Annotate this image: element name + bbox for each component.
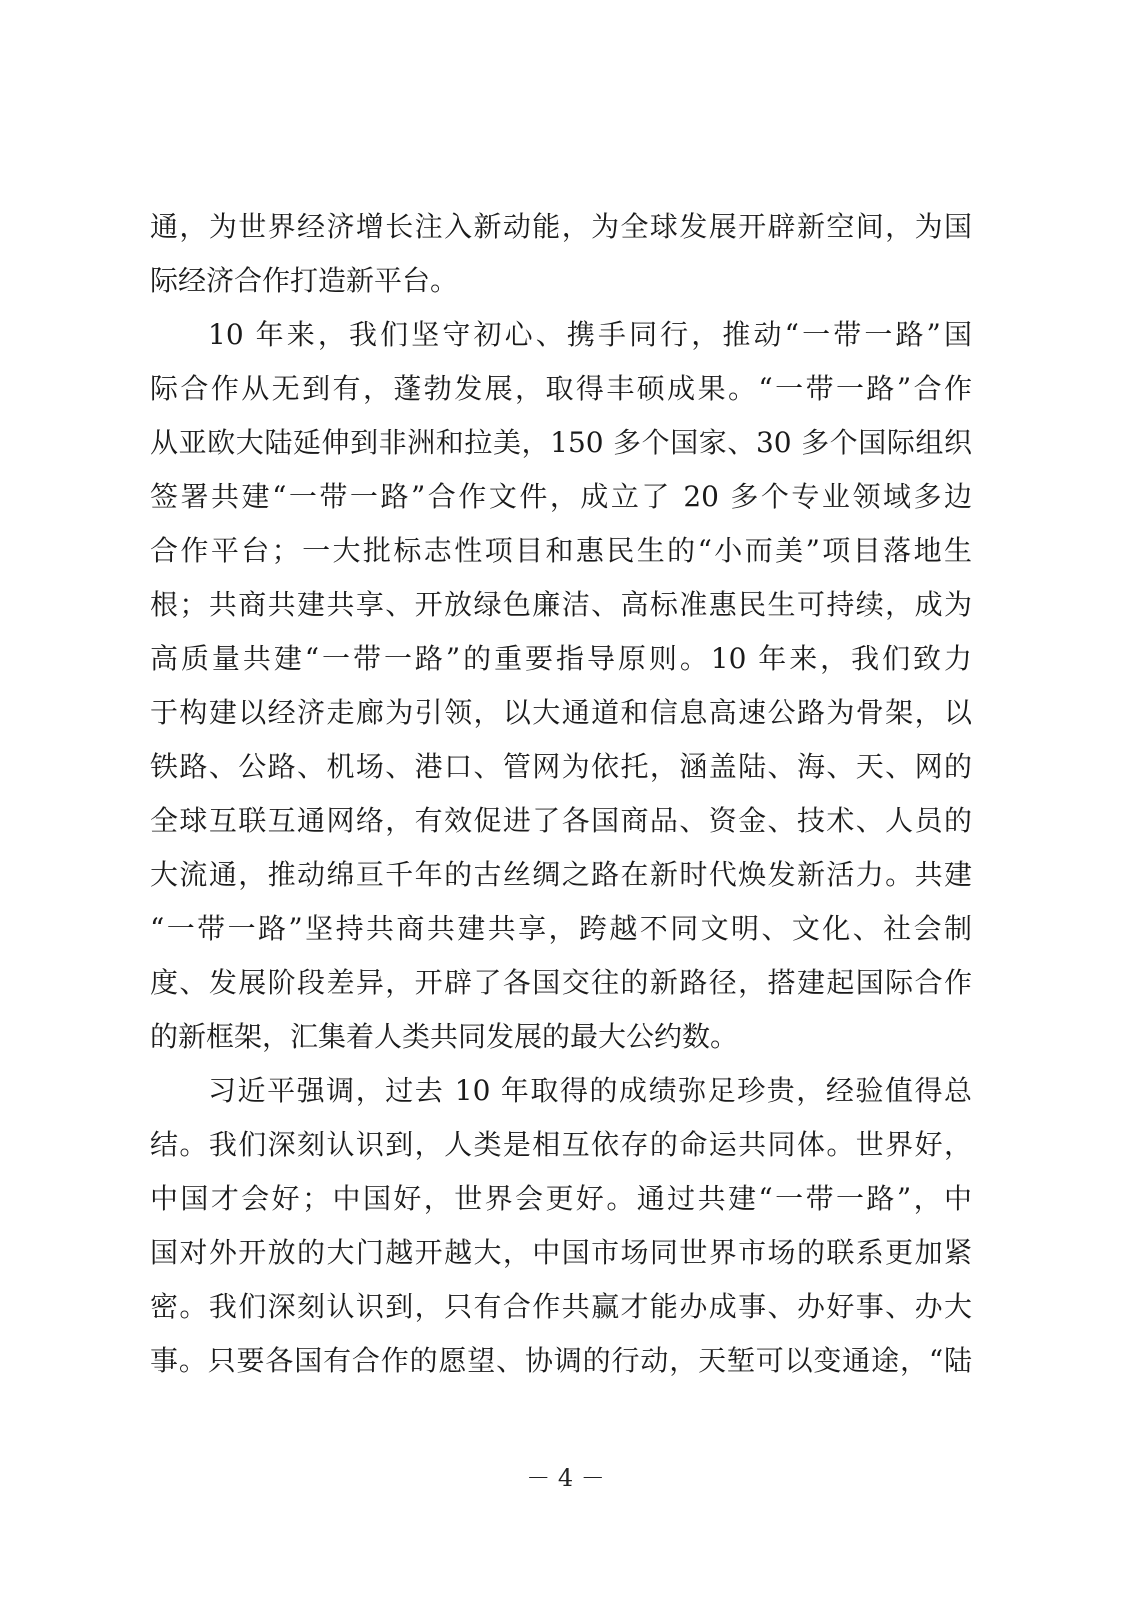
body-text: 通，为世界经济增长注入新动能，为全球发展开辟新空间，为国 际经济合作打造新平台。… bbox=[150, 200, 972, 1388]
text-line: 签署共建“一带一路”合作文件，成立了 20 多个专业领域多边 bbox=[150, 470, 972, 524]
text-line: 根；共商共建共享、开放绿色廉洁、高标准惠民生可持续，成为 bbox=[150, 578, 972, 632]
text-line: 全球互联互通网络，有效促进了各国商品、资金、技术、人员的 bbox=[150, 794, 972, 848]
document-page: 通，为世界经济增长注入新动能，为全球发展开辟新空间，为国 际经济合作打造新平台。… bbox=[0, 0, 1131, 1600]
text-line: 际经济合作打造新平台。 bbox=[150, 254, 972, 308]
paragraph: 通，为世界经济增长注入新动能，为全球发展开辟新空间，为国 际经济合作打造新平台。 bbox=[150, 200, 972, 308]
text-line: 合作平台；一大批标志性项目和惠民生的“小而美”项目落地生 bbox=[150, 524, 972, 578]
page-number: － 4 － bbox=[0, 1462, 1131, 1494]
text-line: 高质量共建“一带一路”的重要指导原则。10 年来，我们致力 bbox=[150, 632, 972, 686]
text-line: 度、发展阶段差异，开辟了各国交往的新路径，搭建起国际合作 bbox=[150, 956, 972, 1010]
text-line: 中国才会好；中国好，世界会更好。通过共建“一带一路”，中 bbox=[150, 1172, 972, 1226]
text-line: 铁路、公路、机场、港口、管网为依托，涵盖陆、海、天、网的 bbox=[150, 740, 972, 794]
text-line: 从亚欧大陆延伸到非洲和拉美，150 多个国家、30 多个国际组织 bbox=[150, 416, 972, 470]
text-line: 国对外开放的大门越开越大，中国市场同世界市场的联系更加紧 bbox=[150, 1226, 972, 1280]
text-line: 10 年来，我们坚守初心、携手同行，推动“一带一路”国 bbox=[150, 308, 972, 362]
text-line: 结。我们深刻认识到，人类是相互依存的命运共同体。世界好， bbox=[150, 1118, 972, 1172]
text-line: 事。只要各国有合作的愿望、协调的行动，天堑可以变通途，“陆 bbox=[150, 1334, 972, 1388]
text-line: 大流通，推动绵亘千年的古丝绸之路在新时代焕发新活力。共建 bbox=[150, 848, 972, 902]
paragraph: 习近平强调，过去 10 年取得的成绩弥足珍贵，经验值得总 结。我们深刻认识到，人… bbox=[150, 1064, 972, 1388]
text-line: 于构建以经济走廊为引领，以大通道和信息高速公路为骨架，以 bbox=[150, 686, 972, 740]
text-line: 际合作从无到有，蓬勃发展，取得丰硕成果。“一带一路”合作 bbox=[150, 362, 972, 416]
text-line: 习近平强调，过去 10 年取得的成绩弥足珍贵，经验值得总 bbox=[150, 1064, 972, 1118]
text-line: 通，为世界经济增长注入新动能，为全球发展开辟新空间，为国 bbox=[150, 200, 972, 254]
text-line: 密。我们深刻认识到，只有合作共赢才能办成事、办好事、办大 bbox=[150, 1280, 972, 1334]
text-line: “一带一路”坚持共商共建共享，跨越不同文明、文化、社会制 bbox=[150, 902, 972, 956]
text-line: 的新框架，汇集着人类共同发展的最大公约数。 bbox=[150, 1010, 972, 1064]
paragraph: 10 年来，我们坚守初心、携手同行，推动“一带一路”国 际合作从无到有，蓬勃发展… bbox=[150, 308, 972, 1064]
